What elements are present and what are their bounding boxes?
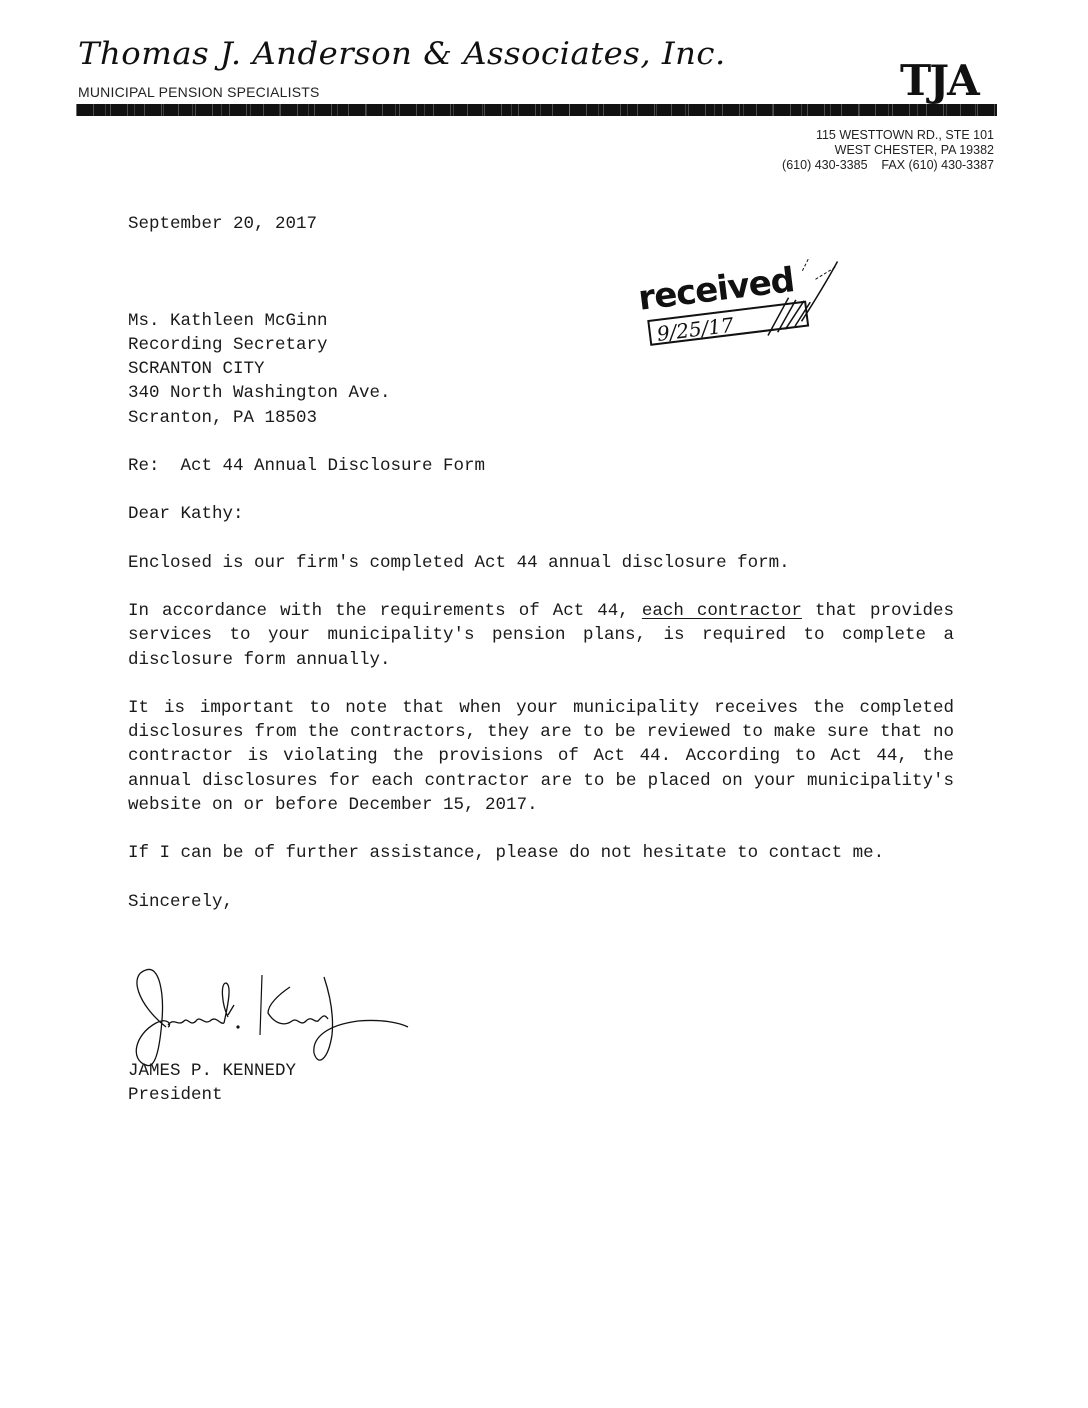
recipient-name: Ms. Kathleen McGinn	[128, 309, 954, 333]
paragraph-enclosure: Enclosed is our firm's completed Act 44 …	[128, 551, 954, 575]
paragraph-assistance: If I can be of further assistance, pleas…	[128, 841, 954, 865]
address-street: 115 WESTTOWN RD., STE 101	[782, 128, 994, 143]
letter-date: September 20, 2017	[128, 212, 954, 236]
paragraph-review-notice: It is important to note that when your m…	[128, 696, 954, 817]
salutation: Dear Kathy:	[128, 502, 954, 526]
letterhead-divider	[76, 104, 997, 116]
company-name: Thomas J. Anderson & Associates, Inc.	[78, 36, 726, 72]
company-address: 115 WESTTOWN RD., STE 101 WEST CHESTER, …	[782, 128, 994, 173]
closing: Sincerely,	[128, 890, 954, 914]
paragraph-requirements-intro: In accordance with the requirements of A…	[128, 601, 642, 621]
address-phone-fax: (610) 430-3385 FAX (610) 430-3387	[782, 158, 994, 173]
recipient-organization: SCRANTON CITY	[128, 357, 954, 381]
underlined-each-contractor: each contractor	[642, 601, 802, 621]
subject-line: Re: Act 44 Annual Disclosure Form	[128, 454, 954, 478]
signer-title: President	[128, 1083, 954, 1107]
company-tagline: MUNICIPAL PENSION SPECIALISTS	[78, 84, 320, 100]
recipient-address: Ms. Kathleen McGinn Recording Secretary …	[128, 309, 954, 430]
recipient-city: Scranton, PA 18503	[128, 406, 954, 430]
tja-logo-icon: TJA	[900, 60, 978, 102]
paragraph-requirements: In accordance with the requirements of A…	[128, 599, 954, 672]
recipient-title: Recording Secretary	[128, 333, 954, 357]
signature-icon	[128, 965, 418, 1075]
address-city: WEST CHESTER, PA 19382	[782, 143, 994, 158]
recipient-street: 340 North Washington Ave.	[128, 381, 954, 405]
